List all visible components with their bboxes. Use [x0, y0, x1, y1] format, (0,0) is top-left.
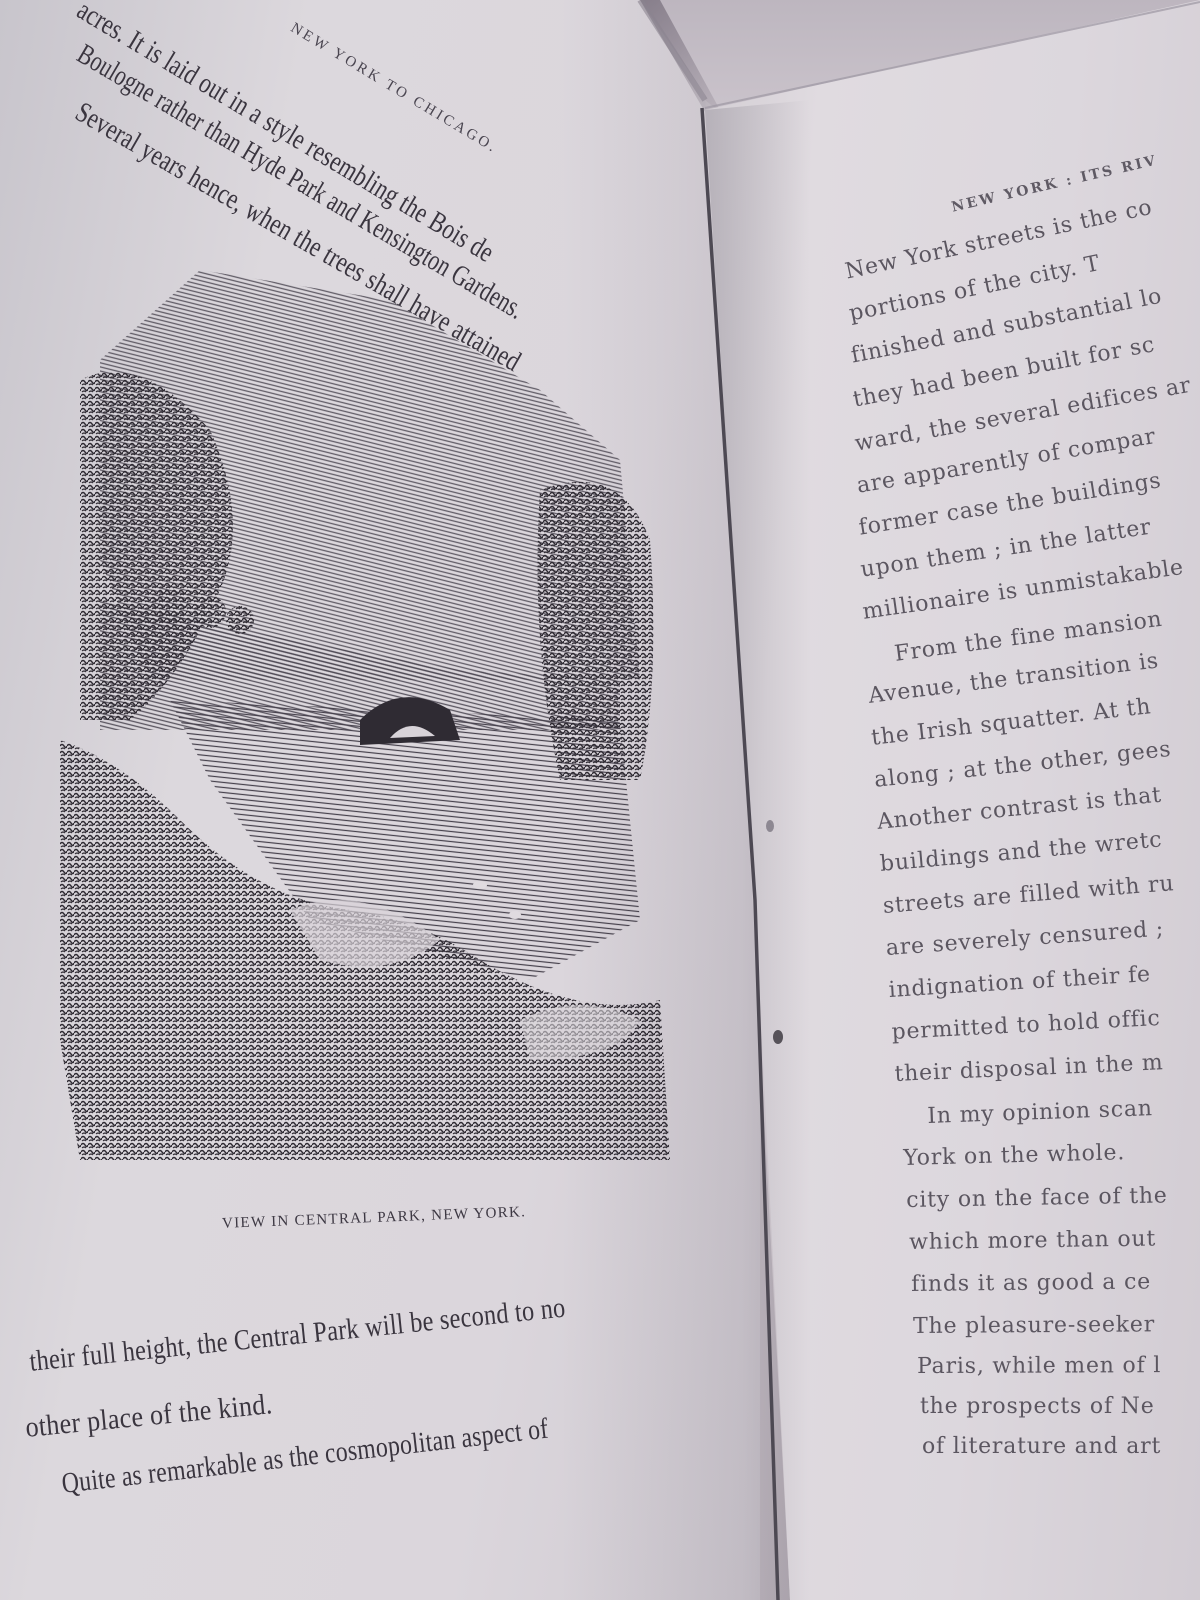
right-line: The pleasure-seeker [913, 1312, 1155, 1339]
right-line: Paris, while men of l [917, 1353, 1161, 1379]
right-line: city on the face of the [906, 1183, 1168, 1213]
right-line: the prospects of Ne [920, 1394, 1155, 1419]
right-line: which more than out [909, 1227, 1156, 1255]
central-park-engraving [60, 260, 680, 1180]
binding-thread-mark [766, 820, 774, 832]
right-line: of literature and art [922, 1434, 1161, 1459]
binding-thread-mark [773, 1030, 783, 1044]
right-line: finds it as good a ce [911, 1269, 1151, 1297]
